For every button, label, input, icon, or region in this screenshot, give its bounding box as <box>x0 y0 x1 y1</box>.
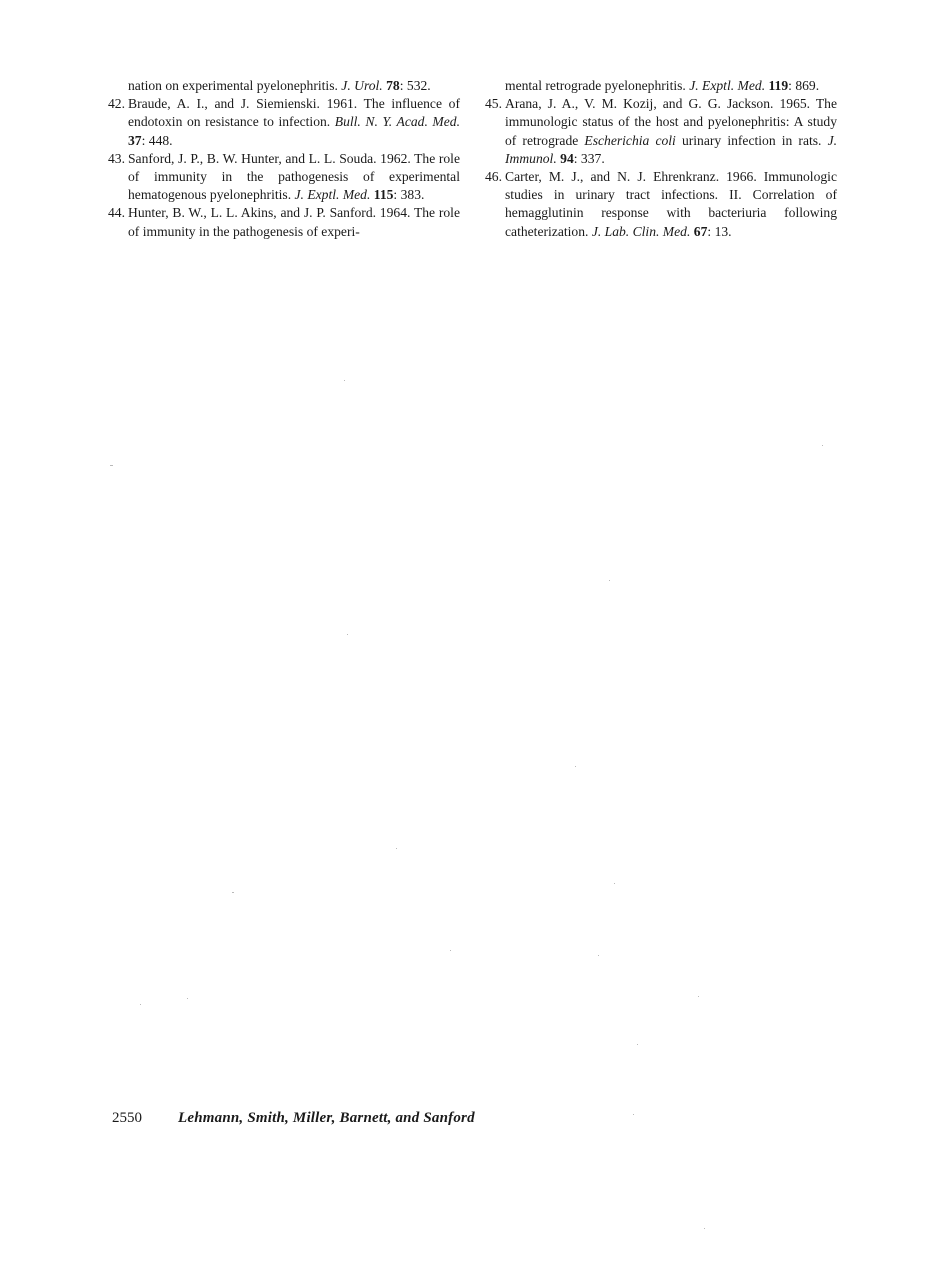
scan-speck <box>110 465 113 466</box>
journal-name: J. Exptl. Med. <box>689 78 765 93</box>
reference-text: Hunter, B. W., L. L. Akins, and J. P. Sa… <box>128 205 460 238</box>
reference-number: 46. <box>485 168 502 186</box>
scan-speck <box>598 955 599 956</box>
running-authors: Lehmann, Smith, Miller, Barnett, and San… <box>178 1110 475 1126</box>
scan-speck <box>140 1004 141 1005</box>
journal-volume: 37 <box>128 133 142 148</box>
reference-number: 44. <box>108 204 125 222</box>
reference-text: nation on experimental pyelonephritis. <box>128 78 341 93</box>
reference-continuation: nation on experimental pyelonephritis. J… <box>108 77 460 95</box>
reference-46: 46.Carter, M. J., and N. J. Ehrenkranz. … <box>485 168 837 241</box>
scan-speck <box>822 445 823 446</box>
page-footer: 2550Lehmann, Smith, Miller, Barnett, and… <box>112 1110 475 1127</box>
journal-name: J. Urol. <box>341 78 382 93</box>
scan-speck <box>614 883 615 884</box>
journal-volume: 119 <box>769 78 789 93</box>
scan-speck <box>396 848 397 849</box>
reference-44: 44.Hunter, B. W., L. L. Akins, and J. P.… <box>108 204 460 240</box>
reference-text: mental retrograde pyelonephritis. <box>505 78 689 93</box>
reference-number: 42. <box>108 95 125 113</box>
journal-pages: 448. <box>149 133 173 148</box>
reference-42: 42.Braude, A. I., and J. Siemienski. 196… <box>108 95 460 150</box>
scan-speck <box>232 892 234 893</box>
journal-name: Bull. N. Y. Acad. Med. <box>335 114 460 129</box>
journal-volume: 67 <box>694 224 708 239</box>
scan-speck <box>609 580 610 581</box>
reference-text: urinary infection in rats. <box>676 133 828 148</box>
page-number: 2550 <box>112 1110 178 1127</box>
scan-speck <box>187 998 188 999</box>
scan-speck <box>698 996 699 997</box>
journal-pages: 383. <box>401 187 425 202</box>
reference-43: 43.Sanford, J. P., B. W. Hunter, and L. … <box>108 150 460 205</box>
journal-name: J. Exptl. Med. <box>295 187 371 202</box>
reference-number: 45. <box>485 95 502 113</box>
journal-volume: 94 <box>560 151 574 166</box>
journal-name: J. Lab. Clin. Med. <box>592 224 691 239</box>
scan-speck <box>633 1114 634 1115</box>
scan-speck <box>637 1044 638 1045</box>
journal-volume: 78 <box>386 78 400 93</box>
reference-number: 43. <box>108 150 125 168</box>
reference-45: 45.Arana, J. A., V. M. Kozij, and G. G. … <box>485 95 837 168</box>
journal-pages: 532. <box>407 78 431 93</box>
scan-speck <box>575 766 576 767</box>
journal-volume: 115 <box>374 187 394 202</box>
right-column: mental retrograde pyelonephritis. J. Exp… <box>485 77 837 241</box>
scan-speck <box>347 634 348 635</box>
scan-speck <box>344 380 345 381</box>
species-name: Escherichia coli <box>584 133 675 148</box>
reference-continuation: mental retrograde pyelonephritis. J. Exp… <box>485 77 837 95</box>
scan-speck <box>704 1228 705 1229</box>
journal-pages: 13. <box>715 224 732 239</box>
journal-pages: 337. <box>581 151 605 166</box>
journal-pages: 869. <box>795 78 819 93</box>
left-column: nation on experimental pyelonephritis. J… <box>108 77 460 241</box>
scan-speck <box>450 950 451 951</box>
